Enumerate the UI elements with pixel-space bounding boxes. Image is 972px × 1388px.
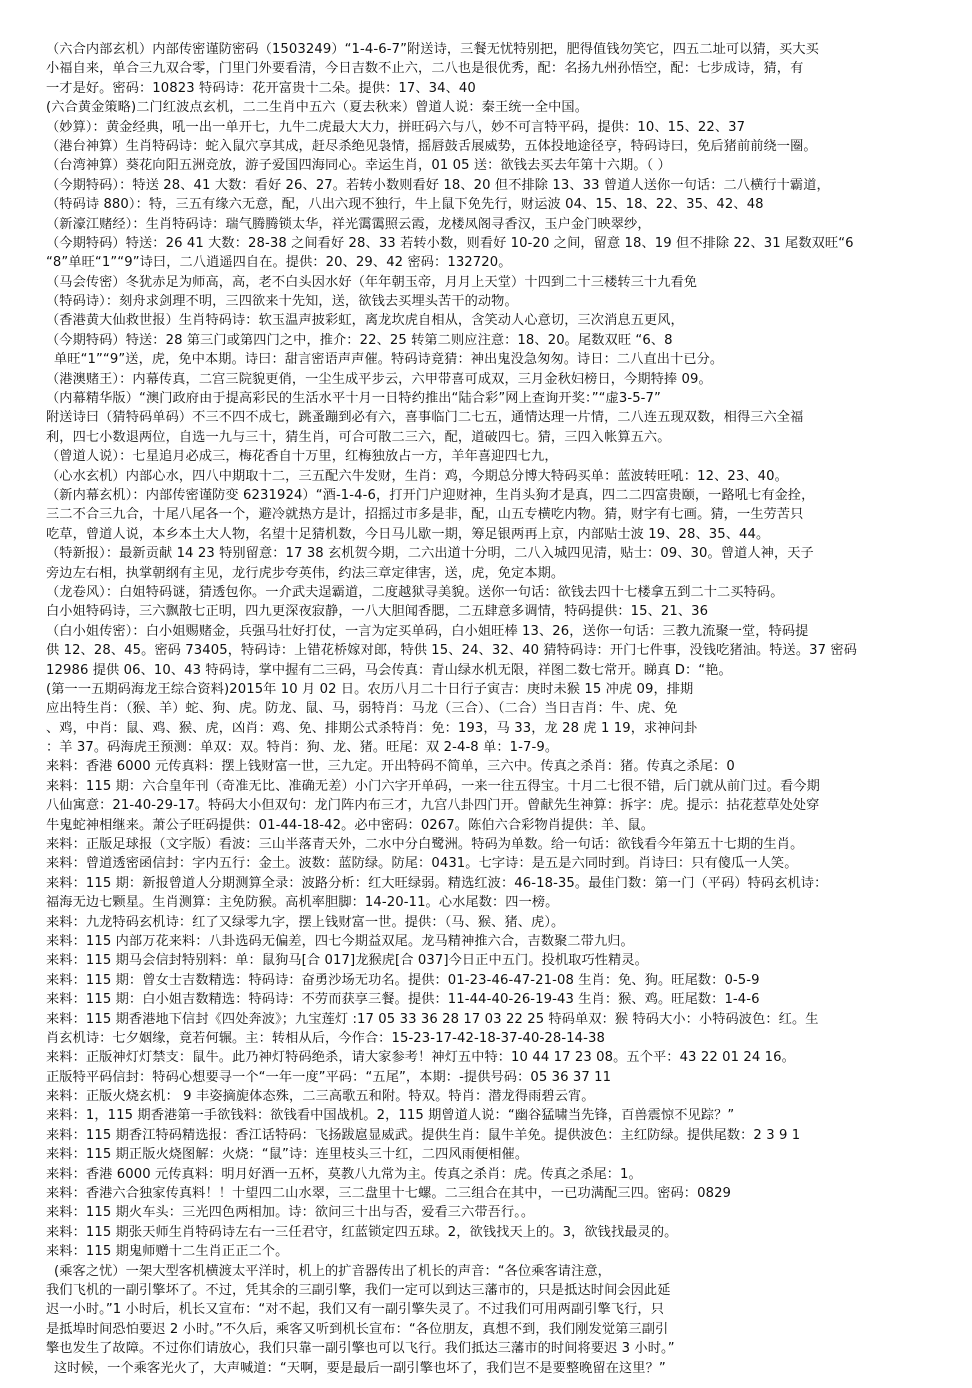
text-line: 白小姐特码诗，三六飘散七正明，四九更深夜寂静，一八大胆闻香腮，二五肆意多调情，特… [46, 602, 946, 621]
text-line: （特码诗 880）：特，三五有缘六无意，配，八出六现不独行，牛上鼠下免先行，财运… [46, 195, 946, 214]
text-line: 来料：115 期：白小姐吉数精选：特码诗：不劳而获享三餐。提供：11-44-40… [46, 990, 946, 1009]
text-line: 正版特平码信封：特码心想要寻一个“一年一度”平码：“五尾”，本期：-提供号码：0… [46, 1068, 946, 1087]
cut-off-line [46, 1378, 946, 1388]
text-line: （香港黄大仙救世报）生肖特码诗：软玉温声披彩虹，离龙坎虎自相从，含笑动人心意切，… [46, 311, 946, 330]
text-line: 来料：115 内部万花来料：八卦选码无偏差，四七今期益双尾。龙马精神推六合，吉数… [46, 932, 946, 951]
text-line: 来料：115 期：六合皇年刊（奇准无比、准确无差）小门六字开单码，一来一往五得宝… [46, 777, 946, 796]
text-line: （港台神算）生肖特码诗：蛇入鼠穴享其成，赶尽杀绝见袅情，摇唇鼓舌展威势，五体投地… [46, 137, 946, 156]
text-line: 来料：1，115 期香港第一手欲钱料：欲钱看中国战机。2，115 期曾道人说：“… [46, 1106, 946, 1125]
text-line: 来料：正版神灯灯禁支：鼠牛。此乃神灯特码绝杀，请大家参考！神灯五中特：10 44… [46, 1048, 946, 1067]
text-line: 来料：香港 6000 元传真料：摆上钱财富一世，三九定。开出特码不简单，三六中。… [46, 757, 946, 776]
text-line: （妙算）：黄金经典，吼一出一单开七，九牛二虎最大大力，拼旺码六与八，妙不可言特平… [46, 118, 946, 137]
text-line: 来料：香港六合独家传真料！！十望四二山水翠，三二盘里十七螺。二三组合在其中，一已… [46, 1184, 946, 1203]
text-line: （新内幕玄机）：内部传密谨防变 6231924）“酒-1-4-6，打开门户迎财神… [46, 486, 946, 505]
text-line: 来料：九龙特码玄机诗：红了又绿零九字，摆上钱财富一世。提供：（马、猴、猪、虎）。 [46, 913, 946, 932]
text-line: 牛鬼蛇神相继来。萧公子旺码提供：01-44-18-42。必中密码：0267。陈伯… [46, 816, 946, 835]
text-line: 利，四七小数退两位，自选一九与三十，猜生肖，可合可散二三六，配，道破四七。猜，三… [46, 428, 946, 447]
text-line: 来料：香港 6000 元传真料：明月好酒一五杯，莫教八九常为主。传真之杀肖：虎。… [46, 1165, 946, 1184]
text-line: 这时候，一个乘客光火了，大声喊道：“天啊，要是最后一副引擎也坏了，我们岂不是要整… [46, 1359, 946, 1378]
text-line: 来料：115 期火车头：三光四色两相加。诗：欲问三十出与否，爱看三六带吾行。。 [46, 1203, 946, 1222]
text-line: 八仙寓意：21-40-29-17。特码大小但双句：龙门阵内布三才，九宫八卦四门开… [46, 796, 946, 815]
text-line: 来料：115 期张天师生肖特码诗左右一三任君守，红蓝锁定四五球。2，欲钱找天上的… [46, 1223, 946, 1242]
text-line: （马会传密）冬犹赤足为师高，高，老不白头因水好（年年朝玉帝，月月上天堂）十四到二… [46, 273, 946, 292]
text-line: （台湾神算）葵花向阳五洲竞放，游子爱国四海同心。幸运生肖，01 05 送：欲钱去… [46, 156, 946, 175]
text-line: 一才是好。密码：10823 特码诗：花开富贵十二朵。提供：17、34、40 [46, 79, 946, 98]
text-line: 供 12、28、45。密码 73405，特码诗：上错花桥嫁对郎，特供 15、24… [46, 641, 946, 660]
text-line: （白小姐传密）：白小姐赐赌金，兵强马壮好打仗，一言为定买单码，白小姐旺棒 13、… [46, 622, 946, 641]
text-line: ：羊 37。码海虎王预测：单双：双。特肖：狗、龙、猪。旺尾：双 2-4-8 单：… [46, 738, 946, 757]
text-line: （特码诗）：刻舟求剑理不明，三四欲来十先知，送，欲钱去买埋头苦干的动物。 [46, 292, 946, 311]
text-line: （特新报）：最新贡献 14 23 特别留意：17 38 玄机贺今期，二六出道十分… [46, 544, 946, 563]
text-line: 来料：115 期：曾女士吉数精选：特码诗：奋勇沙场无功名。提供：01-23-46… [46, 971, 946, 990]
text-line: 来料：正版火烧玄机： 9 丰姿摘旎体态殊，二三高歌五和附。特双。特肖：潜龙得雨碧… [46, 1087, 946, 1106]
text-line: （今期特码）特送：28 第三门或第四门之中，推介：22、25 转第二则应注意：1… [46, 331, 946, 350]
text-line: （六合内部玄机）内部传密谨防密码（1503249）“1-4-6-7”附送诗，三餐… [46, 40, 946, 59]
text-line: 来料：115 期：新报曾道人分期测算全录：波路分析：红大旺绿弱。精选红波：46-… [46, 874, 946, 893]
text-line: 来料：正版足球报（文字版）看波：三山半落青天外，二水中分白鹭洲。特码为单数。给一… [46, 835, 946, 854]
text-line: 来料：115 期正版火烧图解：火烧：“鼠”诗：连里枝头三十红，二四风雨便相催。 [46, 1145, 946, 1164]
text-line: （港澳赌王）：内幕传真，二宫三院貌更俏，一尘生成平步云，六甲带喜可成双，三月金秋… [46, 370, 946, 389]
text-line: 单旺“1”“9”送，虎，免中本期。诗曰：甜言密语声声催。特码诗竟猜：神出鬼没急匆… [46, 350, 946, 369]
text-line: 是抵埠时间恐怕要迟 2 小时。”不久后，乘客又听到机长宣布：“各位朋友，真想不到… [46, 1320, 946, 1339]
text-line: 应出特生肖：（猴、羊）蛇、狗、虎。防龙、鼠、马，弱特肖：马龙（三合）、（二合）当… [46, 699, 946, 718]
text-line: (第一一五期码海龙王综合资料)2015年 10 月 02 日。农历八月二十日行子… [46, 680, 946, 699]
text-line: 吃草，曾道人说，本乡本土大人物，名望十足猜机数，今日马儿歇一期，筹足银两再上京，… [46, 525, 946, 544]
text-line: 福海无边七颗星。生肖测算：主免防猴。高机率胆脚：14-20-11。心水尾数：四一… [46, 893, 946, 912]
text-line: (六合黄金策略)二门红波点玄机，二二生肖中五六（夏去秋来）曾道人说：秦王统一全中… [46, 98, 946, 117]
text-line: （龙卷风）：白姐特码谜，猜透包你。一介武夫逞霸道，二度越狱寻美貌。送你一句话：欲… [46, 583, 946, 602]
text-line: （曾道人说）：七星追月必成三，梅花香自十万里，红梅独放占一方，羊年喜迎四七九， [46, 447, 946, 466]
text-line: 来料：115 期马会信封特别料：单：鼠狗马[合 017]龙猴虎[合 037]今日… [46, 951, 946, 970]
text-line: 来料：曾道透密函信封：字内五行：金土。波数：蓝防绿。防尾：0431。七字诗：是五… [46, 854, 946, 873]
text-line: （心水玄机）内部心水，四八中期取十二，三五配六牛发财，生肖：鸡，今期总分博大特码… [46, 467, 946, 486]
text-line: 来料：115 期鬼师赠十二生肖正正二个。 [46, 1242, 946, 1261]
text-line: 旁边左右相，执掌朝纲有主见，龙行虎步夸英伟，约法三章定律害，送，虎，免定本期。 [46, 564, 946, 583]
text-line: 12986 提供 06、10、43 特码诗，掌中握有二三码，马会传真：青山绿水机… [46, 661, 946, 680]
text-line: 附送诗曰（猜特码单码）不三不四不成七，跳蚤蹦到必有六，喜事临门二七五，通情达理一… [46, 408, 946, 427]
text-line: 擎也发生了故障。不过你们请放心，我们只靠一副引擎也可以飞行。我们抵达三藩市的时间… [46, 1339, 946, 1358]
text-line: (乘客之忧）一架大型客机横渡太平洋时，机上的扩音器传出了机长的声音：“各位乘客请… [46, 1262, 946, 1281]
text-line: 三二不合三九合，十尾八尾各一个，避冷就热方是计，招摇过市多是非，配，山五专横吃内… [46, 505, 946, 524]
text-line: 小福自来，单合三九双合零，门里门外要看清，今日吉数不止六，二八也是很优秀，配：名… [46, 59, 946, 78]
text-line: 迟一小时。”1 小时后，机长又宣布：“对不起，我们又有一副引擎失灵了。不过我们可… [46, 1300, 946, 1319]
text-line: 我们飞机的一副引擎坏了。不过，凭其余的三副引擎，我们一定可以到达三藩市的，只是抵… [46, 1281, 946, 1300]
text-line: （今期特码）特送：26 41 大数：28-38 之间看好 28、33 若转小数，… [46, 234, 946, 253]
text-line: “8”单旺“1”“9”诗曰，二八逍遥四自在。提供：20、29、42 密码：132… [46, 253, 946, 272]
text-line: 肖玄机诗：七夕姻缘，竟若何辗。主：转相从后，今作合：15-23-17-42-18… [46, 1029, 946, 1048]
text-line: 来料：115 期香江特码精选报：香江话特码：飞扬跋扈显威武。提供生肖：鼠牛羊免。… [46, 1126, 946, 1145]
document-page: （六合内部玄机）内部传密谨防密码（1503249）“1-4-6-7”附送诗，三餐… [46, 40, 946, 1388]
text-line: （内幕精华版）“澳门政府由于提高彩民的生活水平十月一日特约推出“陆合彩”网上查询… [46, 389, 946, 408]
document-body: （六合内部玄机）内部传密谨防密码（1503249）“1-4-6-7”附送诗，三餐… [46, 40, 946, 1378]
text-line: 、鸡，中肖：鼠、鸡、猴、虎，凶肖：鸡、免、排期公式杀特肖：免：193，马 33，… [46, 719, 946, 738]
text-line: 来料：115 期香港地下信封《四处奔波》；九宝莲灯 :17 05 33 36 2… [46, 1010, 946, 1029]
text-line: （新濠江赌经）：生肖特码诗：瑞气腾腾锁太华，祥光霭霭照云霞，龙楼凤阁寻香汉，玉户… [46, 215, 946, 234]
text-line: （今期特码）：特送 28、41 大数：看好 26、27。若转小数则看好 18、2… [46, 176, 946, 195]
